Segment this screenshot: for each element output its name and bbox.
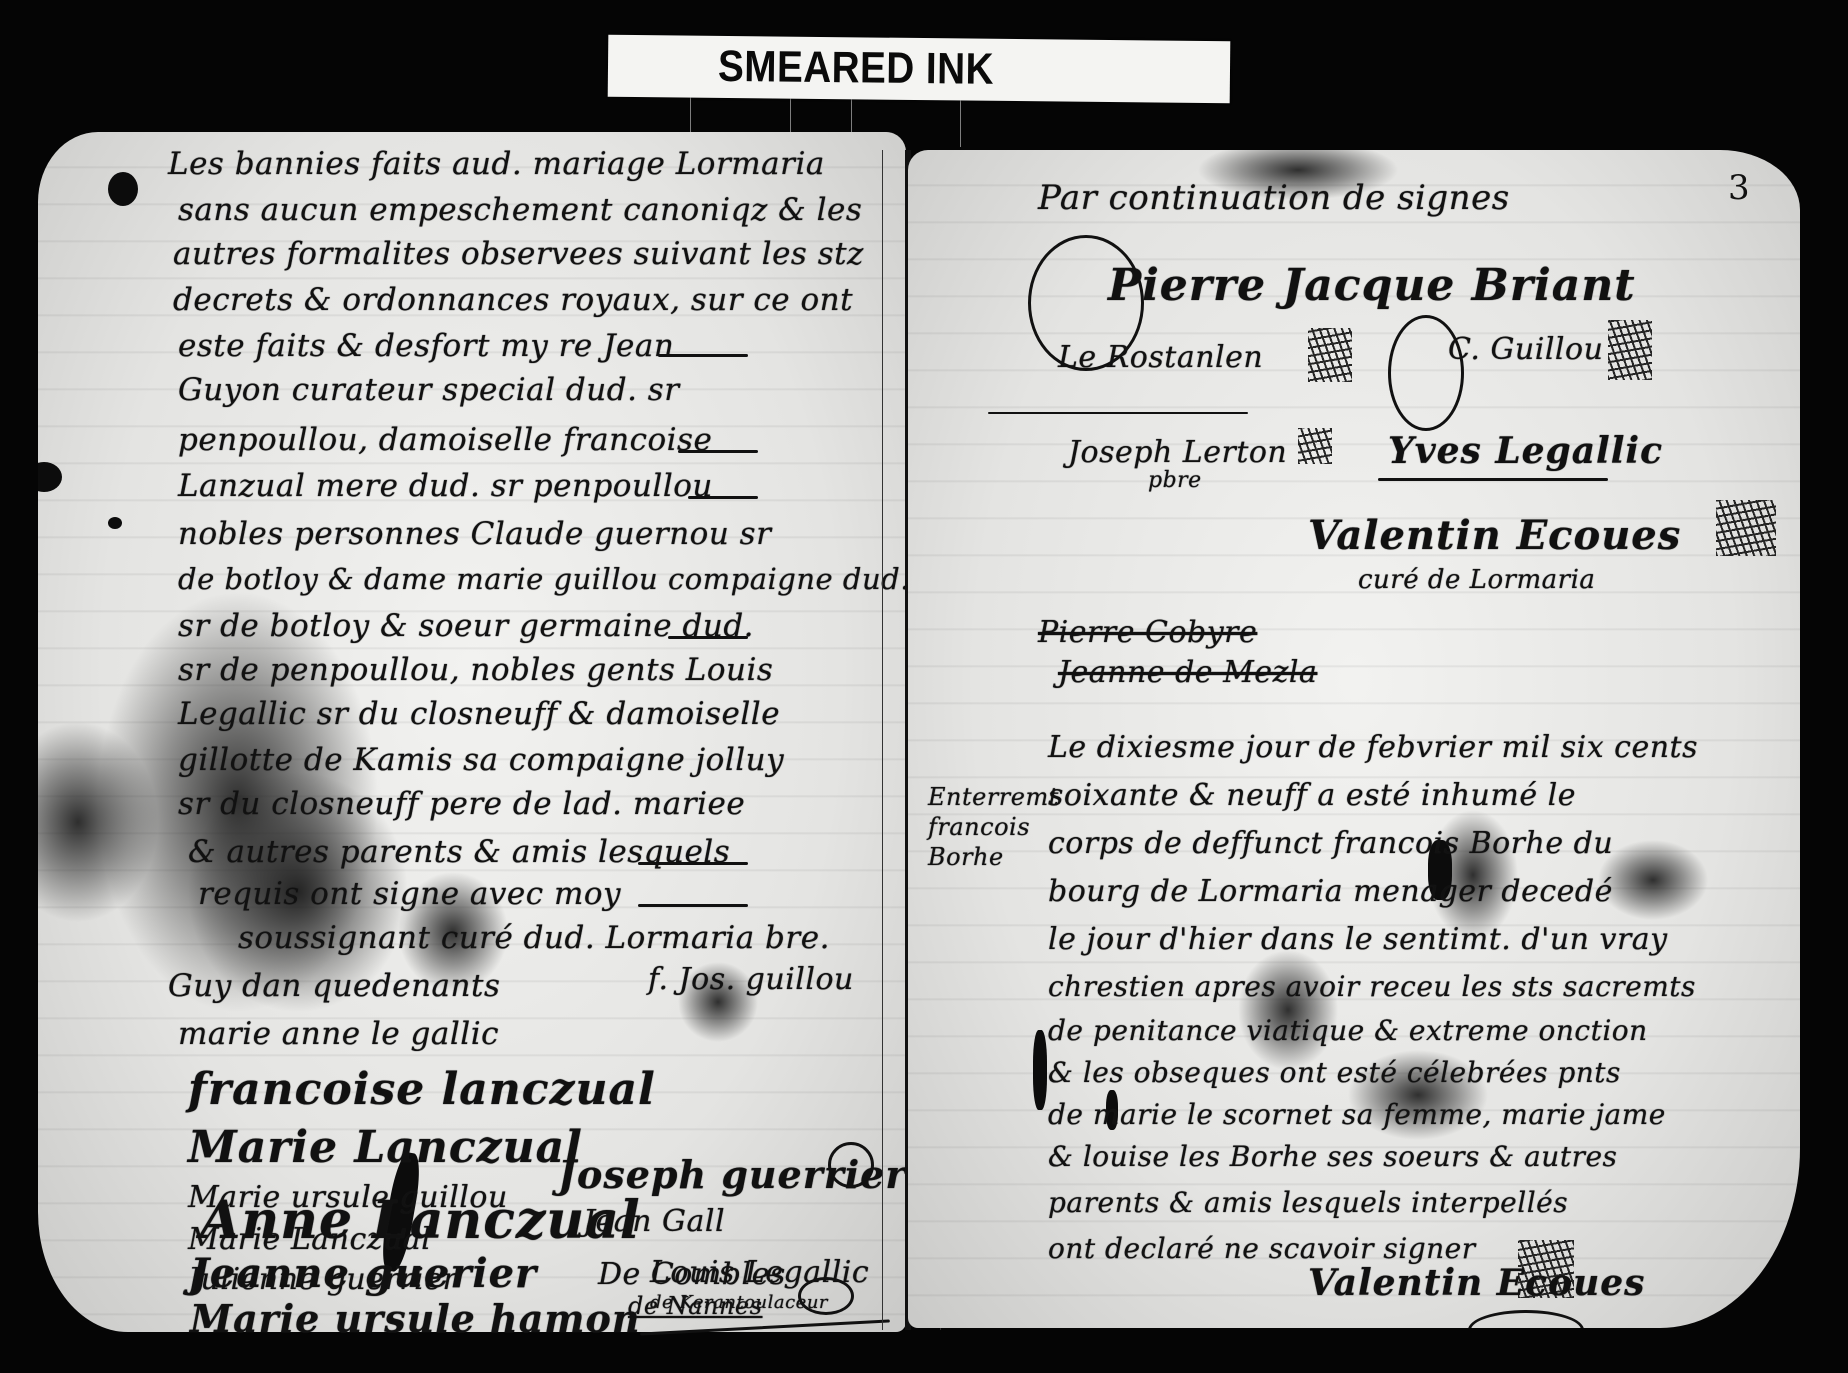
ink-blot bbox=[108, 517, 122, 529]
signature-rule bbox=[1378, 478, 1608, 481]
signature-hatch-mark bbox=[1298, 428, 1332, 464]
ink-blot bbox=[1033, 1030, 1047, 1110]
signature: Pierre Jacque Briant bbox=[1108, 260, 1636, 311]
signature: Jeanne guerier bbox=[190, 1250, 537, 1297]
signature: francoise lanczual bbox=[188, 1064, 656, 1115]
entry-line: & les obseques ont esté célebrées pnts bbox=[1048, 1056, 1621, 1089]
right-page: 3 Par continuation de signes Pierre Jacq… bbox=[908, 150, 1800, 1328]
signature: pbre bbox=[1148, 468, 1202, 493]
line-filler-dash bbox=[678, 450, 758, 453]
text-line: nobles personnes Claude guernou sr bbox=[178, 516, 771, 552]
entry-line: & louise les Borhe ses soeurs & autres bbox=[1048, 1140, 1617, 1173]
entry-line: bourg de Lormaria menager decedé bbox=[1048, 874, 1613, 909]
signature: Le Rostanlen bbox=[1058, 340, 1263, 375]
ink-smear bbox=[1598, 840, 1708, 920]
signature-hatch-mark bbox=[1308, 328, 1352, 382]
signature: f. Jos. guillou bbox=[648, 962, 854, 997]
label-text: SMEARED INK bbox=[718, 42, 994, 95]
signature-hatch-mark bbox=[1716, 500, 1776, 556]
entry-line: le jour d'hier dans le sentimt. d'un vra… bbox=[1048, 922, 1668, 957]
text-line: marie anne le gallic bbox=[178, 1016, 499, 1052]
signature: Marie Lanczual bbox=[188, 1122, 583, 1173]
signature: Marie ursule hamon bbox=[190, 1296, 641, 1341]
text-line: Guyon curateur special dud. sr bbox=[178, 372, 680, 408]
text-line: soussignant curé dud. Lormaria bre. bbox=[238, 920, 830, 956]
signature: de Kerantoulaceur bbox=[650, 1292, 828, 1313]
entry-line: corps de deffunct francois Borhe du bbox=[1048, 826, 1613, 861]
margin-annotation: Enterremt francois Borhe bbox=[928, 782, 1059, 872]
signature-hatch-mark bbox=[1608, 320, 1652, 380]
signature: Anne Lanczual bbox=[200, 1190, 641, 1251]
line-filler-dash bbox=[638, 862, 748, 865]
text-line: sr du closneuff pere de lad. mariee bbox=[178, 786, 745, 822]
signature-rule bbox=[988, 412, 1248, 414]
text-line: Lanzual mere dud. sr penpoullou bbox=[178, 468, 713, 504]
left-page: Les bannies faits aud. mariage Lormaria … bbox=[38, 132, 906, 1332]
signature: Yves Legallic bbox=[1388, 430, 1663, 472]
signature-flourish bbox=[828, 1142, 874, 1188]
entry-line: chrestien apres avoir receu les sts sacr… bbox=[1048, 970, 1696, 1003]
page-number: 3 bbox=[1728, 168, 1750, 208]
text-line: de botloy & dame marie guillou compaigne… bbox=[178, 562, 906, 596]
ink-smear bbox=[38, 722, 158, 922]
signature: C. Guillou bbox=[1448, 332, 1603, 367]
signature: curé de Lormaria bbox=[1358, 565, 1595, 595]
line-filler-dash bbox=[688, 496, 758, 499]
text-line: sr de penpoullou, nobles gents Louis bbox=[178, 652, 773, 688]
text-line: Legallic sr du closneuff & damoiselle bbox=[178, 696, 780, 732]
text-line: Guy dan quedenants bbox=[168, 968, 500, 1004]
ink-blot bbox=[38, 462, 62, 492]
text-line: requis ont signe avec moy bbox=[198, 876, 621, 912]
entry-line: soixante & neuff a esté inhumé le bbox=[1048, 778, 1576, 813]
ink-smear bbox=[1238, 950, 1338, 1070]
text-line: Les bannies faits aud. mariage Lormaria bbox=[168, 146, 825, 182]
text-line: sans aucun empeschement canoniqz & les bbox=[178, 192, 862, 228]
section-heading: Par continuation de signes bbox=[1038, 178, 1510, 218]
entry-line: de penitance viatique & extreme onction bbox=[1048, 1014, 1648, 1047]
text-line: autres formalites observees suivant les … bbox=[173, 236, 864, 272]
signature: Joseph Lerton bbox=[1068, 435, 1287, 470]
signature: Louis Legallic bbox=[650, 1255, 869, 1290]
signature: Valentin Ecoues bbox=[1308, 512, 1681, 559]
text-line: penpoullou, damoiselle francoise bbox=[178, 422, 712, 458]
line-filler-dash bbox=[668, 636, 748, 639]
closing-signature: Valentin Ecoues bbox=[1308, 1262, 1645, 1304]
entry-line: parents & amis lesquels interpellés bbox=[1048, 1186, 1568, 1219]
signature: Pierre Cobyre bbox=[1038, 615, 1257, 650]
entry-line: ont declaré ne scavoir signer bbox=[1048, 1232, 1476, 1265]
text-line: este faits & desfort my re Jean bbox=[178, 328, 674, 364]
smeared-ink-label: SMEARED INK bbox=[608, 35, 1231, 104]
line-filler-dash bbox=[638, 904, 748, 907]
entry-line: Le dixiesme jour de febvrier mil six cen… bbox=[1048, 730, 1698, 765]
text-line: decrets & ordonnances royaux, sur ce ont bbox=[173, 282, 853, 318]
entry-line: de marie le scornet sa femme, marie jame bbox=[1048, 1098, 1666, 1131]
text-line: gillotte de Kamis sa compaigne jolluy bbox=[178, 742, 784, 778]
page-edge-line bbox=[882, 150, 883, 1330]
signature-flourish bbox=[1468, 1310, 1584, 1328]
ink-blot bbox=[108, 172, 138, 206]
signature-hatch-mark bbox=[1518, 1240, 1574, 1298]
line-filler-dash bbox=[658, 354, 748, 357]
signature: Jeanne de Mezla bbox=[1058, 655, 1317, 690]
